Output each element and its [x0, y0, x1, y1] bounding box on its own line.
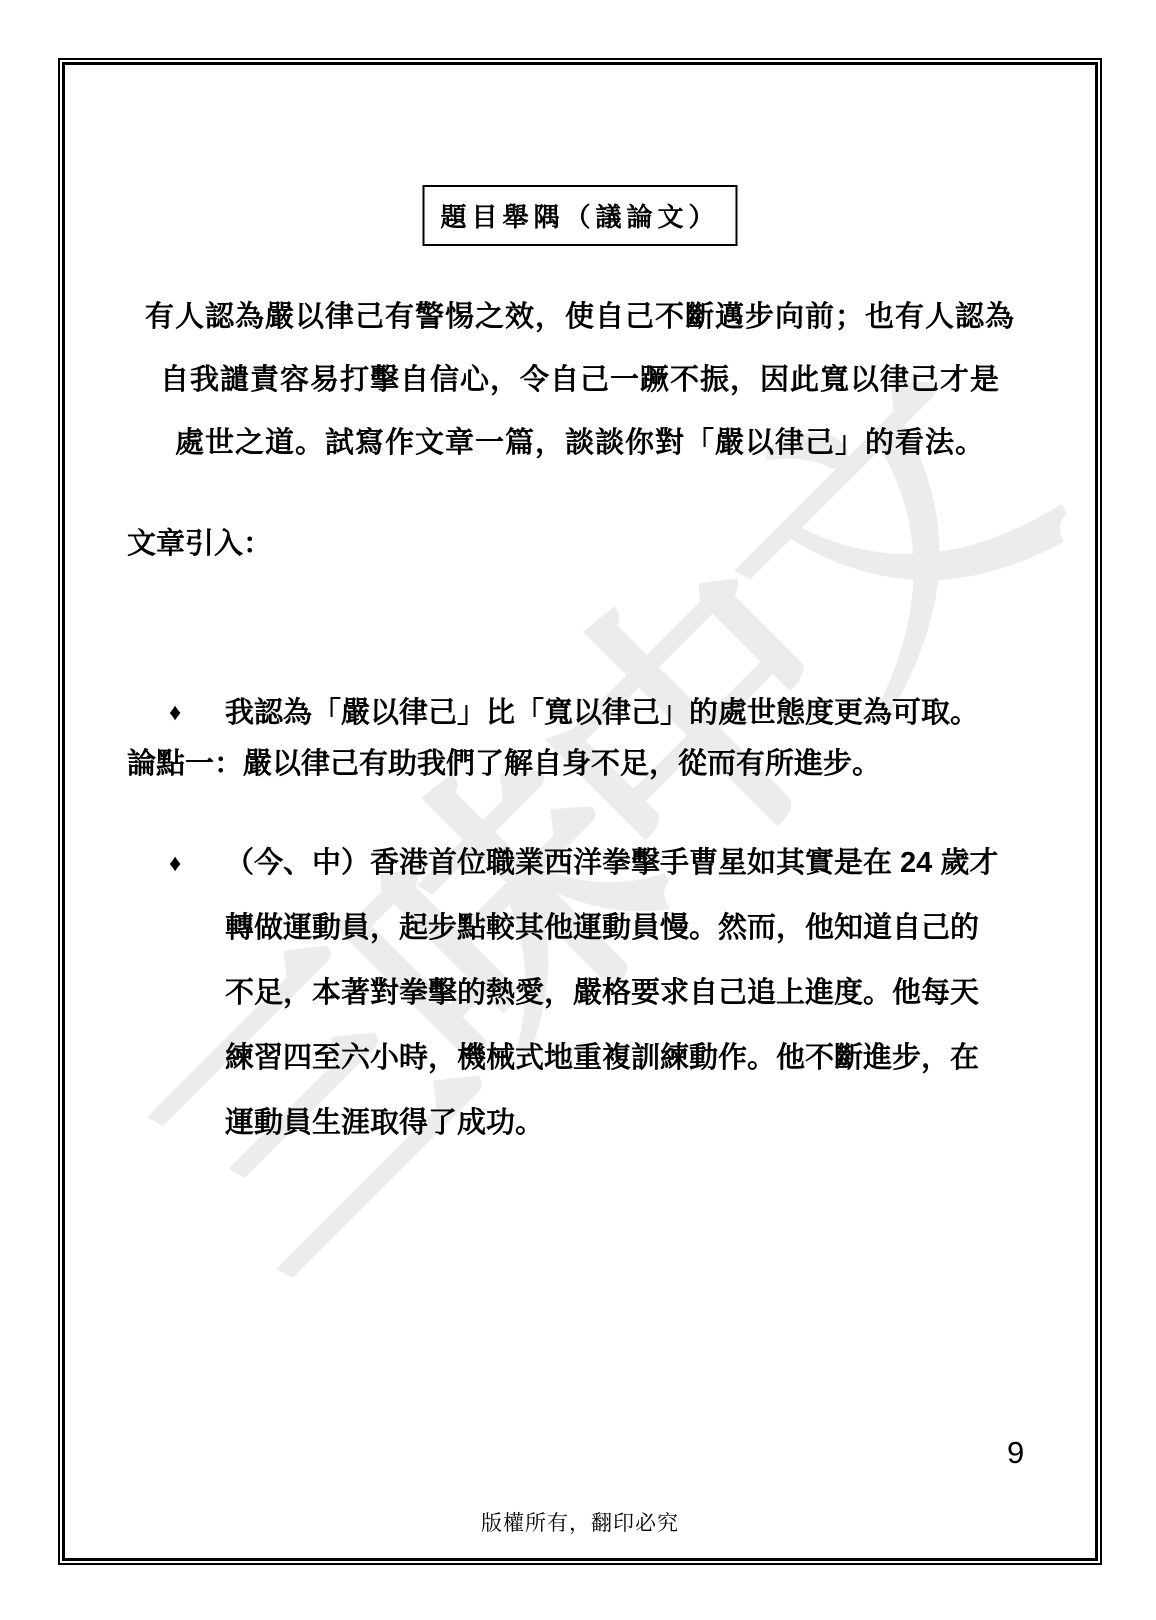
page-border-inner: 題目舉隅（議論文） 有人認為嚴以律己有警惕之效，使自己不斷邁步向前；也有人認為 … — [62, 62, 1098, 1561]
prompt-line: 處世之道。試寫作文章一篇，談談你對「嚴以律己」的看法。 — [65, 412, 1095, 475]
copyright-footer: 版權所有，翻印必究 — [65, 1507, 1095, 1537]
diamond-bullet-icon: ♦ — [169, 693, 225, 733]
title-box: 題目舉隅（議論文） — [422, 185, 737, 246]
bullet-text-line: 不足，本著對拳擊的熱愛，嚴格要求自己追上進度。他每天 — [225, 961, 1027, 1026]
bullet-text-line: 運動員生涯取得了成功。 — [225, 1091, 1027, 1156]
point1-heading: 論點一：嚴以律己有助我們了解自身不足，從而有所進步。 — [127, 744, 881, 784]
prompt-line: 自我譴責容易打擊自信心，令自己一蹶不振，因此寬以律己才是 — [65, 349, 1095, 412]
page-number: 9 — [1007, 1435, 1024, 1471]
bullet-text-line: 練習四至六小時，機械式地重複訓練動作。他不斷進步，在 — [225, 1026, 1027, 1091]
intro-bullet-text: 我認為「嚴以律己」比「寬以律己」的處世態度更為可取。 — [225, 693, 979, 733]
prompt-line: 有人認為嚴以律己有警惕之效，使自己不斷邁步向前；也有人認為 — [65, 286, 1095, 349]
point1-bullet-text: （今、中）香港首位職業西洋拳擊手曹星如其實是在 24 歲才 轉做運動員，起步點較… — [225, 831, 1027, 1156]
document-page: 三味中文 題目舉隅（議論文） 有人認為嚴以律己有警惕之效，使自己不斷邁步向前；也… — [0, 0, 1156, 1620]
essay-prompt: 有人認為嚴以律己有警惕之效，使自己不斷邁步向前；也有人認為 自我譴責容易打擊自信… — [65, 286, 1095, 475]
page-border-frame: 題目舉隅（議論文） 有人認為嚴以律己有警惕之效，使自己不斷邁步向前；也有人認為 … — [58, 58, 1102, 1565]
bullet-text-line: 轉做運動員，起步點較其他運動員慢。然而，他知道自己的 — [225, 896, 1027, 961]
intro-heading: 文章引入： — [127, 524, 272, 564]
bullet-text-line: （今、中）香港首位職業西洋拳擊手曹星如其實是在 24 歲才 — [225, 831, 1027, 896]
diamond-bullet-icon: ♦ — [169, 831, 225, 896]
point1-bullet-item: ♦ （今、中）香港首位職業西洋拳擊手曹星如其實是在 24 歲才 轉做運動員，起步… — [169, 831, 1027, 1156]
page-content: 題目舉隅（議論文） 有人認為嚴以律己有警惕之效，使自己不斷邁步向前；也有人認為 … — [65, 65, 1095, 1558]
intro-bullet-item: ♦ 我認為「嚴以律己」比「寬以律己」的處世態度更為可取。 — [169, 693, 979, 733]
page-title: 題目舉隅（議論文） — [440, 202, 719, 232]
